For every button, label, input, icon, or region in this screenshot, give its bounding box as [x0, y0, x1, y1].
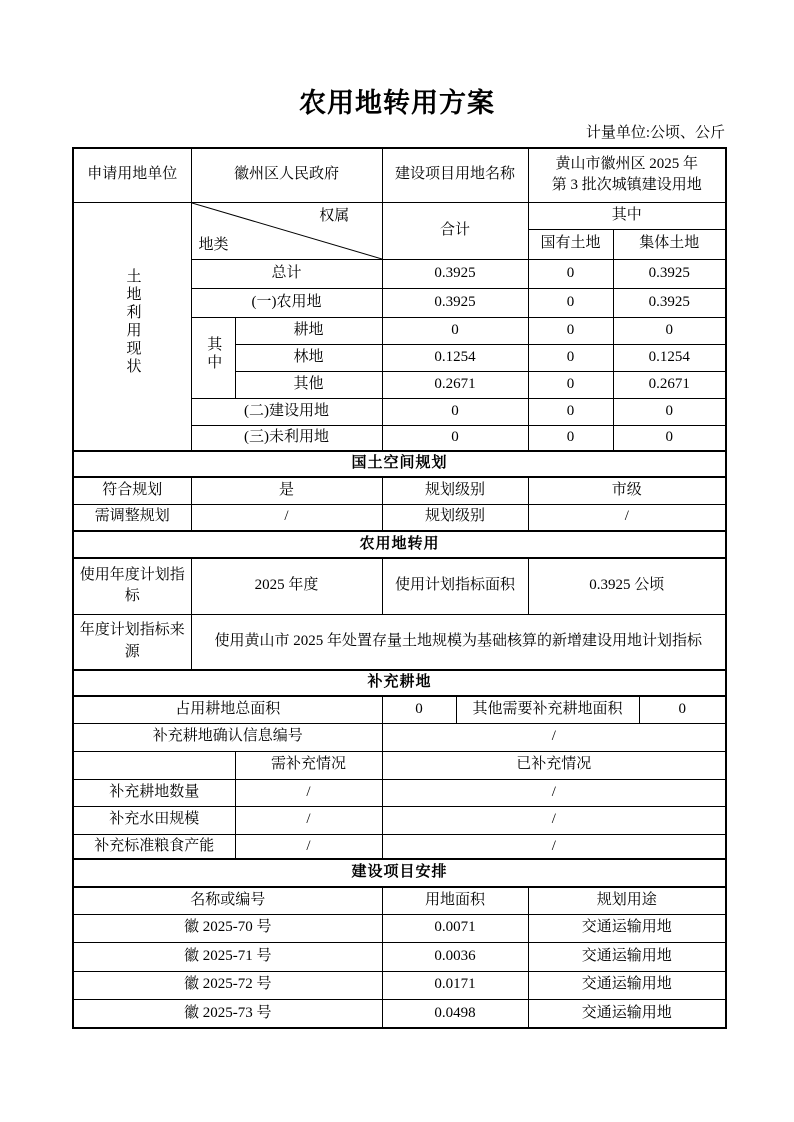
collective-land-column-header: 集体土地: [613, 229, 726, 259]
level-value-1: 市级: [528, 477, 726, 504]
table-row-supplement-capacity: 补充标准粮食产能 / /: [73, 834, 726, 859]
project-use: 交通运输用地: [528, 971, 726, 999]
annual-plan-row: 使用年度计划指标 2025 年度 使用计划指标面积 0.3925 公顷: [73, 558, 726, 614]
occupied-label: 占用耕地总面积: [73, 696, 382, 723]
annual-label: 使用年度计划指标: [73, 558, 191, 614]
other-supplement-value: 0: [639, 696, 726, 723]
project-use: 交通运输用地: [528, 999, 726, 1028]
conform-label: 符合规划: [73, 477, 191, 504]
row-label: 总计: [191, 259, 382, 288]
total-value: 0.3925: [382, 259, 528, 288]
applicant-label-cell: 申请用地单位: [73, 148, 191, 202]
table-row-project-1: 徽 2025-71 号 0.0036 交通运输用地: [73, 942, 726, 971]
row-label: (三)未利用地: [191, 425, 382, 451]
total-value: 0.1254: [382, 344, 528, 371]
total-value: 0.2671: [382, 371, 528, 398]
done-value: /: [382, 806, 726, 834]
collective-value: 0.3925: [613, 259, 726, 288]
project-area-column-header: 用地面积: [382, 887, 528, 914]
diagonal-landtype-label: 地类: [199, 235, 229, 257]
planning-conform-row: 符合规划 是 规划级别 市级: [73, 477, 726, 504]
project-area: 0.0036: [382, 942, 528, 971]
project-area: 0.0071: [382, 914, 528, 942]
row-label: 林地: [235, 344, 382, 371]
conversion-section-title: 农用地转用: [73, 531, 726, 558]
need-value: /: [235, 806, 382, 834]
total-value: 0.3925: [382, 288, 528, 317]
adjust-value: /: [191, 504, 382, 531]
measurement-unit-note: 计量单位:公顷、公斤: [0, 124, 725, 142]
conversion-section-header-row: 农用地转用: [73, 531, 726, 558]
supplement-columns-row: 需补充情况 已补充情况: [73, 751, 726, 779]
total-value: 0: [382, 317, 528, 344]
page-title: 农用地转用方案: [0, 86, 794, 120]
planning-adjust-row: 需调整规划 / 规划级别 /: [73, 504, 726, 531]
project-label-cell: 建设项目用地名称: [382, 148, 528, 202]
among-column-header: 其中: [528, 202, 726, 229]
row-label: 补充标准粮食产能: [73, 834, 235, 859]
done-value: /: [382, 779, 726, 806]
empty-cell: [73, 751, 235, 779]
collective-value: 0: [613, 398, 726, 425]
row-label: (一)农用地: [191, 288, 382, 317]
land-use-side-label: 土地利用现状: [124, 268, 141, 376]
state-value: 0: [528, 259, 613, 288]
total-value: 0: [382, 398, 528, 425]
supplement-section-title: 补充耕地: [73, 670, 726, 696]
confirm-value: /: [382, 723, 726, 751]
table-row-project-0: 徽 2025-70 号 0.0071 交通运输用地: [73, 914, 726, 942]
state-value: 0: [528, 288, 613, 317]
diagonal-ownership-label: 权属: [319, 206, 349, 228]
other-supplement-label: 其他需要补充耕地面积: [456, 696, 639, 723]
project-area: 0.0498: [382, 999, 528, 1028]
planning-section-header-row: 国土空间规划: [73, 451, 726, 477]
project-name: 徽 2025-73 号: [73, 999, 382, 1028]
plan-source-row: 年度计划指标来源 使用黄山市 2025 年处置存量土地规模为基础核算的新增建设用…: [73, 614, 726, 670]
plan-area-value: 0.3925 公顷: [528, 558, 726, 614]
row-label: 其他: [235, 371, 382, 398]
need-value: /: [235, 834, 382, 859]
projects-section-title: 建设项目安排: [73, 859, 726, 887]
row-label: 补充水田规模: [73, 806, 235, 834]
occupied-area-row: 占用耕地总面积 0 其他需要补充耕地面积 0: [73, 696, 726, 723]
confirm-number-row: 补充耕地确认信息编号 /: [73, 723, 726, 751]
level-label-2: 规划级别: [382, 504, 528, 531]
state-value: 0: [528, 344, 613, 371]
confirm-label: 补充耕地确认信息编号: [73, 723, 382, 751]
source-value: 使用黄山市 2025 年处置存量土地规模为基础核算的新增建设用地计划指标: [191, 614, 726, 670]
project-name: 徽 2025-71 号: [73, 942, 382, 971]
row-label: (二)建设用地: [191, 398, 382, 425]
projects-section-header-row: 建设项目安排: [73, 859, 726, 887]
document-page: 农用地转用方案 计量单位:公顷、公斤 申请用地单位 徽州区人民政府 建设项目用地…: [0, 0, 794, 1122]
land-use-side-label-cell: 土地利用现状: [73, 202, 191, 451]
annual-value: 2025 年度: [191, 558, 382, 614]
among-side-label-cell: 其中: [191, 317, 235, 398]
project-use: 交通运输用地: [528, 914, 726, 942]
table-row-supplement-paddy: 补充水田规模 / /: [73, 806, 726, 834]
project-use-column-header: 规划用途: [528, 887, 726, 914]
state-land-column-header: 国有土地: [528, 229, 613, 259]
land-conversion-form-table: 申请用地单位 徽州区人民政府 建设项目用地名称 黄山市徽州区 2025 年 第 …: [72, 147, 727, 1029]
plan-area-label: 使用计划指标面积: [382, 558, 528, 614]
collective-value: 0: [613, 425, 726, 451]
among-side-label: 其中: [205, 336, 222, 372]
state-value: 0: [528, 317, 613, 344]
table-row-project-3: 徽 2025-73 号 0.0498 交通运输用地: [73, 999, 726, 1028]
occupied-value: 0: [382, 696, 456, 723]
row-label: 补充耕地数量: [73, 779, 235, 806]
state-value: 0: [528, 398, 613, 425]
state-value: 0: [528, 371, 613, 398]
done-column-header: 已补充情况: [382, 751, 726, 779]
header-row: 申请用地单位 徽州区人民政府 建设项目用地名称 黄山市徽州区 2025 年 第 …: [73, 148, 726, 202]
diagonal-header-cell: 权属 地类: [191, 202, 382, 259]
conform-value: 是: [191, 477, 382, 504]
need-value: /: [235, 779, 382, 806]
collective-value: 0.2671: [613, 371, 726, 398]
need-column-header: 需补充情况: [235, 751, 382, 779]
source-label: 年度计划指标来源: [73, 614, 191, 670]
level-value-2: /: [528, 504, 726, 531]
supplement-section-header-row: 补充耕地: [73, 670, 726, 696]
project-name: 徽 2025-70 号: [73, 914, 382, 942]
level-label-1: 规划级别: [382, 477, 528, 504]
collective-value: 0.3925: [613, 288, 726, 317]
projects-columns-row: 名称或编号 用地面积 规划用途: [73, 887, 726, 914]
adjust-label: 需调整规划: [73, 504, 191, 531]
project-name: 徽 2025-72 号: [73, 971, 382, 999]
project-name-column-header: 名称或编号: [73, 887, 382, 914]
planning-section-title: 国土空间规划: [73, 451, 726, 477]
done-value: /: [382, 834, 726, 859]
applicant-value-cell: 徽州区人民政府: [191, 148, 382, 202]
collective-value: 0: [613, 317, 726, 344]
project-area: 0.0171: [382, 971, 528, 999]
table-row-supplement-quantity: 补充耕地数量 / /: [73, 779, 726, 806]
total-value: 0: [382, 425, 528, 451]
row-label: 耕地: [235, 317, 382, 344]
state-value: 0: [528, 425, 613, 451]
collective-value: 0.1254: [613, 344, 726, 371]
total-column-header: 合计: [382, 202, 528, 259]
table-row-project-2: 徽 2025-72 号 0.0171 交通运输用地: [73, 971, 726, 999]
project-value-cell: 黄山市徽州区 2025 年 第 3 批次城镇建设用地: [528, 148, 726, 202]
project-use: 交通运输用地: [528, 942, 726, 971]
land-use-header-row-1: 土地利用现状 权属 地类 合计 其中: [73, 202, 726, 229]
